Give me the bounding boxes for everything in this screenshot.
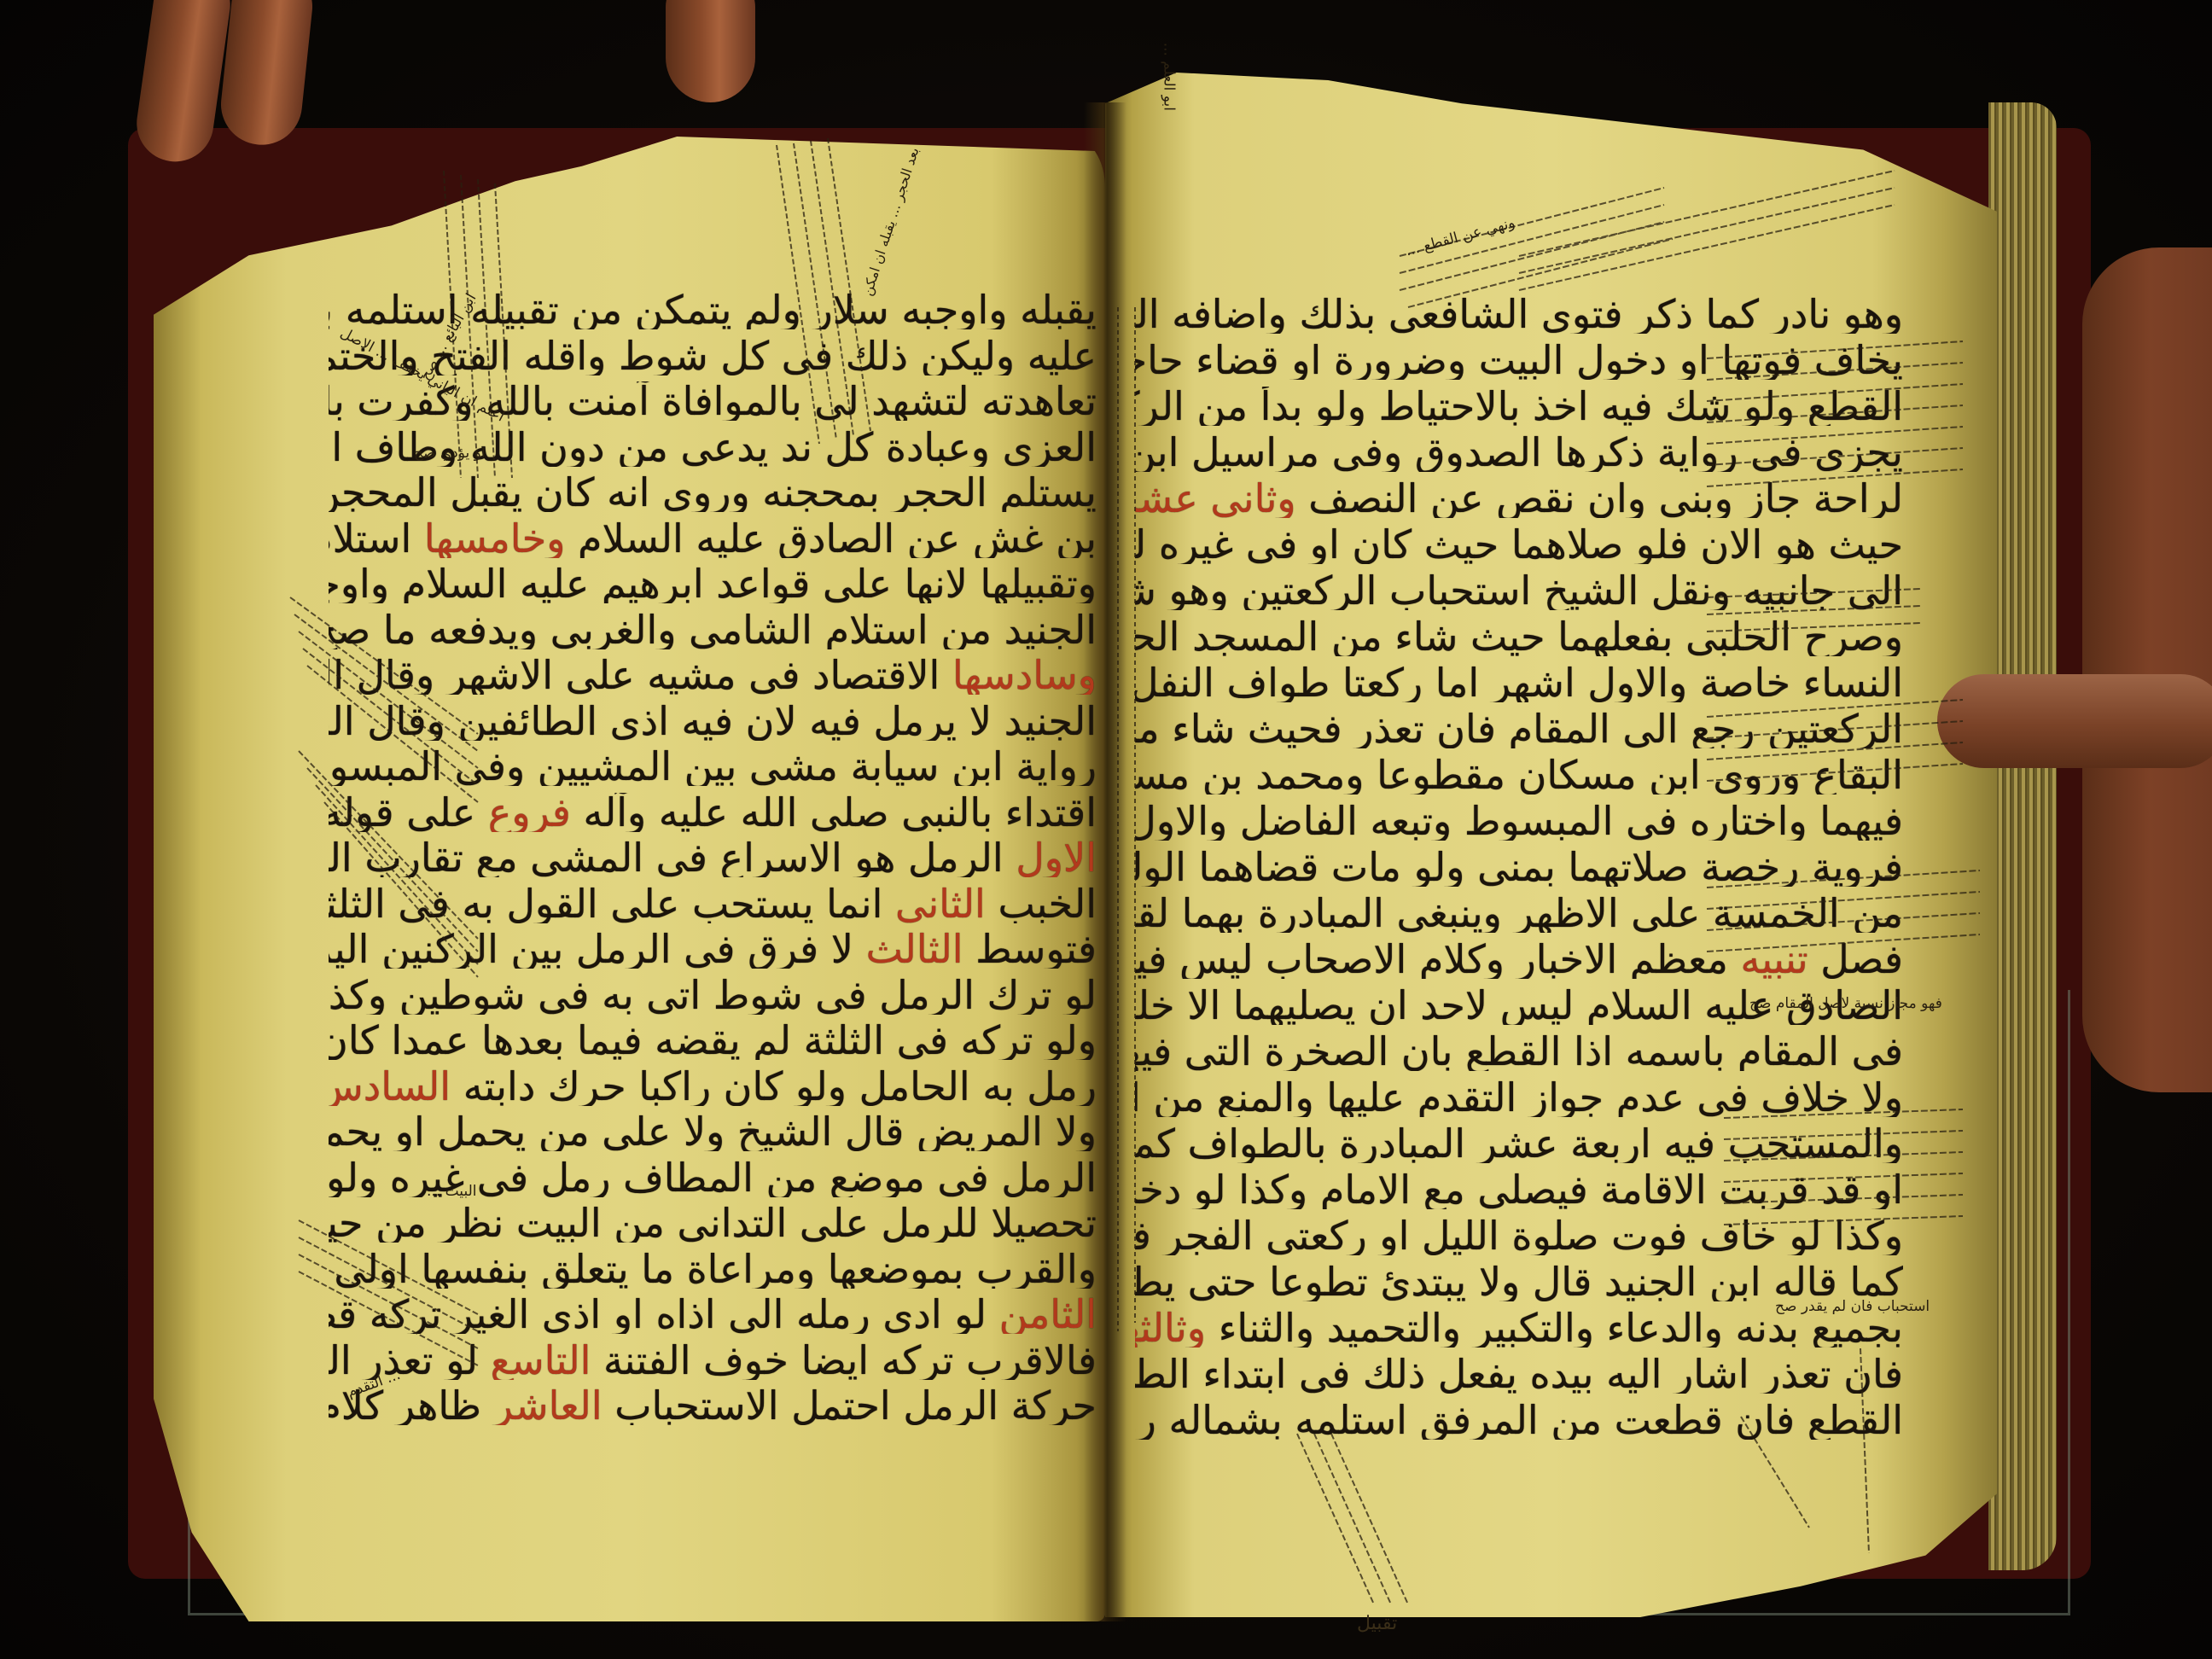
margin-note: البيت ...: [427, 1182, 476, 1201]
manuscript-line: القطع ولو شك فيه اخذ بالاحتياط ولو بدأ م…: [1135, 387, 1903, 426]
line-text: القطع ولو شك فيه اخذ بالاحتياط ولو بدأ م…: [1135, 387, 1903, 426]
manuscript-line: ولا خلاف في عدم جواز التقدم عليها والمنع…: [1135, 1078, 1903, 1117]
line-text: الاقتصاد في مشيه على الاشهر وقال الحسن ا…: [329, 655, 940, 695]
rubric-heading: وثالثها: [1135, 1308, 1206, 1348]
line-text: استلام الاركان كلها وآكدها العراقي واليم…: [329, 519, 411, 558]
manuscript-line: حركة الرمل احتمل الاستحباب العاشر ظاهر ك…: [329, 1386, 1097, 1425]
manuscript-line: يخاف فوتها او دخول البيت وضرورة او قضاء …: [1135, 341, 1903, 380]
line-text: تحصيلا للرمل على التداني من البيت نظر من…: [329, 1203, 1097, 1243]
manuscript-line: الجنيد لا يرمل فيه لان فيه اذى الطائفين …: [329, 701, 1097, 741]
manuscript-line: ولو تركه في الثلثة لم يقضه فيما بعدها عم…: [329, 1021, 1097, 1060]
line-text: فروية رخصة صلاتهما بمنى ولو مات قضاهما ا…: [1135, 847, 1903, 887]
manuscript-line: او قد قربت الاقامة فيصلي مع الامام وكذا …: [1135, 1170, 1903, 1209]
line-text: القطع فان قطعت من المرفق استلمه بشماله ر…: [1135, 1400, 1903, 1440]
rubric-heading: فروع: [488, 793, 571, 832]
line-text: الى جانبيه ونقل الشيخ استحباب الركعتين و…: [1135, 571, 1903, 610]
line-text: يخاف فوتها او دخول البيت وضرورة او قضاء …: [1135, 341, 1903, 380]
manuscript-line: فان تعذر اشار اليه بيده يفعل ذلك في ابتد…: [1135, 1354, 1903, 1394]
rubric-heading: الاول: [1016, 838, 1097, 877]
right-hand: [2082, 247, 2212, 1092]
manuscript-line: الى جانبيه ونقل الشيخ استحباب الركعتين و…: [1135, 571, 1903, 610]
manuscript-line: فتوسط الثالث لا فرق في الرمل بين الركنين…: [329, 929, 1097, 969]
manuscript-line: لراحة جاز وبنى وان نقص عن النصف وثاني عش…: [1135, 479, 1903, 518]
manuscript-line: حيث هو الان فلو صلاهما حيث كان او في غير…: [1135, 525, 1903, 564]
manuscript-line: فروية رخصة صلاتهما بمنى ولو مات قضاهما ا…: [1135, 847, 1903, 887]
manuscript-line: وصرح الحلبي بفعلهما حيث شاء من المسجد ال…: [1135, 617, 1903, 656]
rubric-heading: السادس: [329, 1067, 451, 1106]
line-text: البقاع وروى ابن مسكان مقطوعا ومحمد بن مس…: [1135, 755, 1903, 795]
line-text: حركة الرمل احتمل الاستحباب: [614, 1386, 1097, 1425]
line-text: معظم الاخبار وكلام الاصحاب ليس فيها ان ا…: [1135, 940, 1728, 979]
manuscript-line: رمل به الحامل ولو كان راكبا حرك دابته ال…: [329, 1067, 1097, 1106]
line-text: فتوسط: [975, 929, 1097, 969]
rubric-heading: الثامن: [999, 1295, 1097, 1334]
line-text: وتقبيلها لانها على قواعد ابرهيم عليه الس…: [329, 564, 1097, 603]
manuscript-line: لو ترك الرمل في شوط اتى به في شوطين وكذا…: [329, 975, 1097, 1015]
line-text: الجنيد لا يرمل فيه لان فيه اذى الطائفين …: [329, 701, 1097, 741]
line-text: وكذا لو خاف فوت صلوة الليل او ركعتي الفج…: [1135, 1216, 1903, 1255]
manuscript-line: وسادسها الاقتصاد في مشيه على الاشهر وقال…: [329, 655, 1097, 695]
manuscript-line: الثامن لو ادى رمله الى اذاه او اذى الغير…: [329, 1295, 1097, 1334]
manuscript-line: كما قاله ابن الجنيد قال ولا يبتدئ تطوعا …: [1135, 1262, 1903, 1301]
catchword: تقبيل: [1357, 1613, 1397, 1634]
manuscript-line: الركعتين رجع الى المقام فان تعذر فحيث شا…: [1135, 709, 1903, 748]
line-text: فالاقرب تركه ايضا خوف الفتنة: [603, 1341, 1097, 1380]
manuscript-line: وهو نادر كما ذكر فتوى الشافعي بذلك واضاف…: [1135, 294, 1903, 334]
line-text: الركعتين رجع الى المقام فان تعذر فحيث شا…: [1135, 709, 1903, 748]
line-text: لا فرق في الرمل بين الركنين اليمانيين وغ…: [329, 929, 853, 969]
manuscript-line: يستلم الحجر بمحجنه وروي انه كان يقبل الم…: [329, 473, 1097, 512]
line-text: كما قاله ابن الجنيد قال ولا يبتدئ تطوعا …: [1135, 1262, 1903, 1301]
line-text: في المقام باسمه اذا القطع بان الصخرة الت…: [1135, 1032, 1903, 1071]
line-text: وهو نادر كما ذكر فتوى الشافعي بذلك واضاف…: [1135, 294, 1903, 334]
line-text: او قد قربت الاقامة فيصلي مع الامام وكذا …: [1135, 1170, 1903, 1209]
manuscript-line: فالاقرب تركه ايضا خوف الفتنة التاسع لو ت…: [329, 1341, 1097, 1380]
left-hand-thumb: [666, 0, 755, 102]
line-text: يستلم الحجر بمحجنه وروي انه كان يقبل الم…: [329, 473, 1097, 512]
line-text: رمل به الحامل ولو كان راكبا حرك دابته: [463, 1067, 1097, 1106]
line-text: الخبب: [998, 884, 1097, 923]
line-text: حيث هو الان فلو صلاهما حيث كان او في غير…: [1135, 525, 1903, 564]
rubric-heading: وثاني عشرها: [1135, 479, 1296, 518]
rubric-heading: العاشر: [494, 1386, 602, 1425]
page-edges: [1988, 102, 2057, 1570]
line-text: ولا المريض قال الشيخ ولا على من يحمل او …: [329, 1112, 1097, 1151]
manuscript-line: الاول الرمل هو الاسراع في المشي مع تقارب…: [329, 838, 1097, 877]
line-text: اقتداء بالنبي صلى الله عليه وآله: [584, 793, 1097, 832]
rubric-heading: الثالث: [866, 929, 963, 969]
margin-note: او يؤدي صح: [414, 444, 486, 463]
line-text: رواية ابن سيابة مشي بين المشيين وفي المب…: [329, 747, 1097, 786]
rubric-heading: وسادسها: [952, 655, 1097, 695]
line-text: والمستحب فيه اربعة عشر المبادرة بالطواف …: [1135, 1124, 1903, 1163]
line-text: بن غش عن الصادق عليه السلام: [578, 519, 1097, 558]
line-text: النساء خاصة والاول اشهر اما ركعتا طواف ا…: [1135, 663, 1903, 702]
manuscript-line: الجنيد من استلام الشامي والغربي ويدفعه م…: [329, 610, 1097, 649]
rubric-heading: التاسع: [491, 1341, 591, 1380]
manuscript-line: النساء خاصة والاول اشهر اما ركعتا طواف ا…: [1135, 663, 1903, 702]
line-text: لو ترك الرمل في شوط اتى به في شوطين وكذا…: [329, 975, 1097, 1015]
manuscript-line: القطع فان قطعت من المرفق استلمه بشماله ر…: [1135, 1400, 1903, 1440]
rubric-heading: الثاني: [895, 884, 986, 923]
manuscript-line: والمستحب فيه اربعة عشر المبادرة بالطواف …: [1135, 1124, 1903, 1163]
margin-note: فهو مجاز نسبة لاصل المقام صح: [1749, 994, 1942, 1013]
line-text: فصل: [1820, 940, 1903, 979]
manuscript-line: في المقام باسمه اذا القطع بان الصخرة الت…: [1135, 1032, 1903, 1071]
manuscript-line: والقرب بموضعها ومراعاة ما يتعلق بنفسها ا…: [329, 1249, 1097, 1289]
line-text: لو تعذر الرمل وامكن التحرك في مشيه يشير …: [329, 1341, 478, 1380]
line-text: الجنيد من استلام الشامي والغربي ويدفعه م…: [329, 610, 1097, 649]
line-text: فان تعذر اشار اليه بيده يفعل ذلك في ابتد…: [1135, 1354, 1903, 1394]
manuscript-line: بن غش عن الصادق عليه السلام وخامسها استل…: [329, 519, 1097, 558]
line-text: لراحة جاز وبنى وان نقص عن النصف: [1308, 479, 1903, 518]
gutter-note: ابو العلم ...: [1159, 43, 1178, 111]
line-text: والقرب بموضعها ومراعاة ما يتعلق بنفسها ا…: [329, 1249, 1097, 1289]
line-text: فيهما واختاره في المبسوط وتبعه الفاضل وا…: [1135, 801, 1903, 841]
manuscript-line: يقبله واوجبه سلار ولم يتمكن من تقبيله اس…: [329, 290, 1097, 329]
manuscript-line: من الخمسة على الاظهر وينبغي المبادرة بهم…: [1135, 894, 1903, 933]
manuscript-line: يجزي في رواية ذكرها الصدوق وفي مراسيل اب…: [1135, 433, 1903, 472]
manuscript-line: فيهما واختاره في المبسوط وتبعه الفاضل وا…: [1135, 801, 1903, 841]
manuscript-line: تحصيلا للرمل على التداني من البيت نظر من…: [329, 1203, 1097, 1243]
line-text: انما يستحب على القول به في الثلثة الاولى…: [329, 884, 882, 923]
line-text: يقبله واوجبه سلار ولم يتمكن من تقبيله اس…: [329, 290, 1097, 329]
line-text: لو ادى رمله الى اذاه او اذى الغير تركه ق…: [329, 1295, 987, 1334]
line-text: وصرح الحلبي بفعلهما حيث شاء من المسجد ال…: [1135, 617, 1903, 656]
rubric-heading: تنبيه: [1741, 940, 1808, 979]
line-text: على قوله رحمه الله وهي عشرة: [329, 793, 475, 832]
manuscript-line: اقتداء بالنبي صلى الله عليه وآله فروع عل…: [329, 793, 1097, 832]
manuscript-line: فصل تنبيه معظم الاخبار وكلام الاصحاب ليس…: [1135, 940, 1903, 979]
line-text: ولا خلاف في عدم جواز التقدم عليها والمنع…: [1135, 1078, 1903, 1117]
manuscript-line: البقاع وروى ابن مسكان مقطوعا ومحمد بن مس…: [1135, 755, 1903, 795]
manuscript-line: الخبب الثاني انما يستحب على القول به في …: [329, 884, 1097, 923]
margin-note: استحباب فان لم يقدر صح: [1775, 1297, 1930, 1316]
right-hand-thumb: [1937, 674, 2212, 768]
line-text: ولو تركه في الثلثة لم يقضه فيما بعدها عم…: [329, 1021, 1097, 1060]
manuscript-line: وكذا لو خاف فوت صلوة الليل او ركعتي الفج…: [1135, 1216, 1903, 1255]
line-text: الرمل هو الاسراع في المشي مع تقارب الخطا…: [329, 838, 1004, 877]
manuscript-line: وتقبيلها لانها على قواعد ابرهيم عليه الس…: [329, 564, 1097, 603]
line-text: يجزي في رواية ذكرها الصدوق وفي مراسيل اب…: [1135, 433, 1903, 472]
manuscript-line: ولا المريض قال الشيخ ولا على من يحمل او …: [329, 1112, 1097, 1151]
manuscript-line: رواية ابن سيابة مشي بين المشيين وفي المب…: [329, 747, 1097, 786]
line-text: من الخمسة على الاظهر وينبغي المبادرة بهم…: [1135, 894, 1903, 933]
rubric-heading: وخامسها: [424, 519, 566, 558]
